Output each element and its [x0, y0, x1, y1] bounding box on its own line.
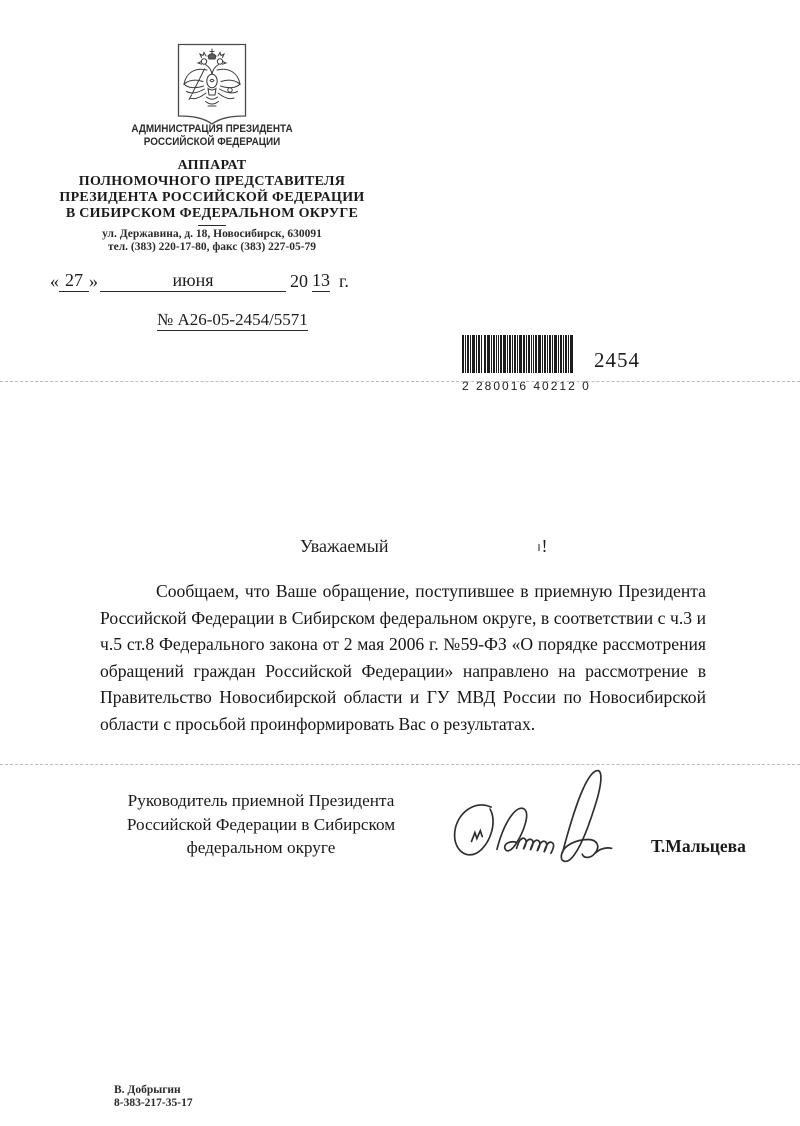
- footer: В. Добрыгин 8-383-217-35-17: [114, 1084, 193, 1110]
- body-paragraph: Сообщаем, что Ваше обращение, поступивше…: [100, 578, 706, 738]
- letterhead-divider: [198, 225, 226, 226]
- date-year-suffix: г.: [339, 271, 349, 292]
- org-name-line-2: ПОЛНОМОЧНОГО ПРЕДСТАВИТЕЛЯ: [32, 174, 392, 189]
- date-century: 20: [286, 271, 312, 292]
- executor-phone: 8-383-217-35-17: [114, 1097, 193, 1110]
- signatory-title: Руководитель приемной Президента Российс…: [95, 789, 427, 860]
- date-line: « 27 » июня 20 13 г.: [50, 270, 349, 292]
- date-day: 27: [59, 270, 89, 292]
- executor-name: В. Добрыгин: [114, 1084, 193, 1097]
- reference-number: № А26-05-2454/5571: [157, 310, 308, 331]
- date-month: июня: [100, 270, 286, 292]
- greeting-punctuation: !: [542, 536, 548, 556]
- stamp-number: 2454: [594, 348, 640, 373]
- barcode-image: [462, 335, 574, 373]
- coat-of-arms-icon: [177, 43, 247, 127]
- salutation: Уважаемый: [300, 536, 389, 556]
- org-address: ул. Державина, д. 18, Новосибирск, 63009…: [32, 228, 392, 241]
- reference-number-row: № А26-05-2454/5571: [157, 310, 308, 330]
- org-name-line-3: ПРЕЗИДЕНТА РОССИЙСКОЙ ФЕДЕРАЦИИ: [32, 190, 392, 205]
- org-name-line-1: АППАРАТ: [32, 158, 392, 173]
- org-parent-line-2: РОССИЙСКОЙ ФЕДЕРАЦИИ: [50, 136, 374, 149]
- org-name-line-4: В СИБИРСКОМ ФЕДЕРАЛЬНОМ ОКРУГЕ: [32, 206, 392, 221]
- barcode: 2 280016 40212 0: [462, 335, 577, 393]
- org-phone-fax: тел. (383) 220-17-80, факс (383) 227-05-…: [32, 241, 392, 254]
- date-year: 13: [312, 270, 330, 292]
- date-close-quote: »: [89, 271, 98, 292]
- fold-crease-bottom: [0, 764, 800, 765]
- scanned-letter-page: АДМИНИСТРАЦИЯ ПРЕЗИДЕНТА РОССИЙСКОЙ ФЕДЕ…: [0, 0, 800, 1126]
- date-open-quote: «: [50, 271, 59, 292]
- redacted-name-artifact: [538, 544, 540, 551]
- handwritten-signature: [446, 757, 642, 873]
- greeting-line: Уважаемый!: [300, 536, 548, 557]
- fold-crease-top: [0, 381, 800, 382]
- signatory-name: Т.Мальцева: [651, 836, 746, 857]
- letterhead: АДМИНИСТРАЦИЯ ПРЕЗИДЕНТА РОССИЙСКОЙ ФЕДЕ…: [32, 123, 392, 254]
- org-parent-line-1: АДМИНИСТРАЦИЯ ПРЕЗИДЕНТА: [50, 123, 374, 136]
